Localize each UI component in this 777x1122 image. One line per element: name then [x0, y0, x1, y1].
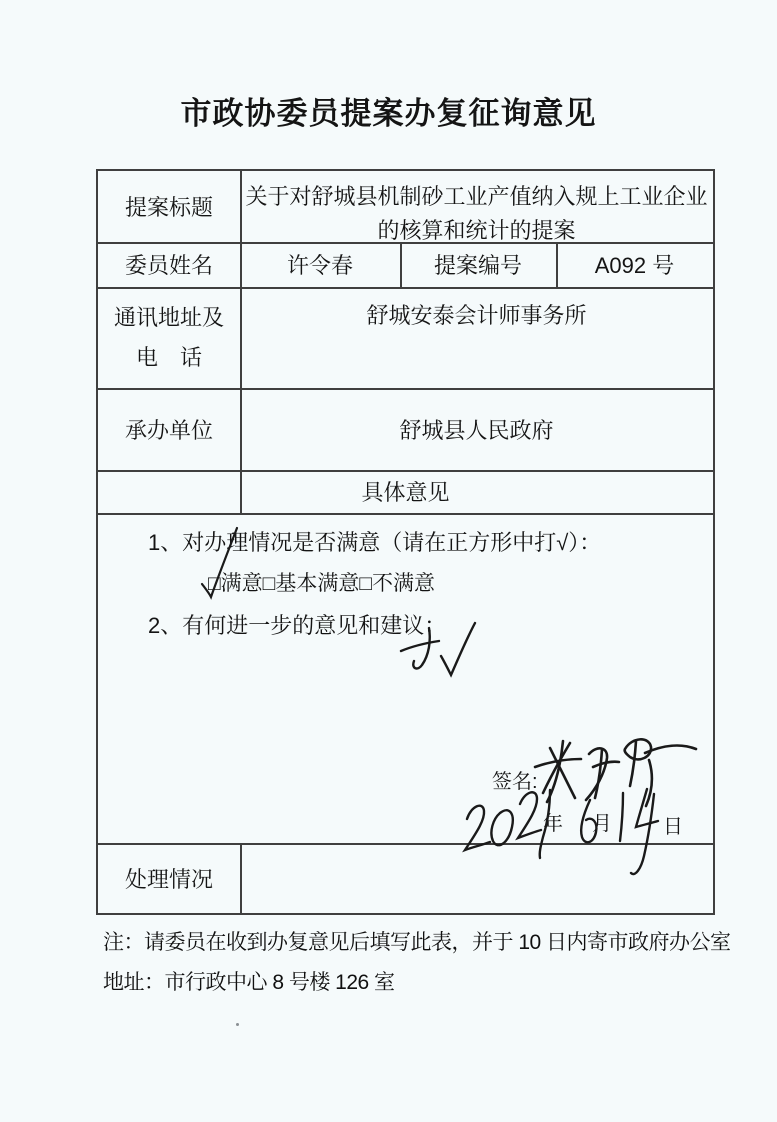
handler-label: 承办单位: [98, 388, 240, 470]
contact-value: 舒城安泰会计师事务所: [240, 287, 713, 388]
contact-label-line1: 通讯地址及: [114, 298, 224, 338]
opinion-item2: 2、有何进一步的意见和建议：: [148, 609, 446, 640]
scan-speck: [236, 1023, 239, 1026]
footer-note-line2: 地址：市行政中心 8 号楼 126 室: [103, 966, 395, 996]
date-month-label: 月: [592, 807, 612, 836]
proposal-number-value: A092 号: [556, 242, 713, 287]
opinion-item1: 1、对办理情况是否满意（请在正方形中打√）：: [148, 526, 601, 557]
date-day-label: 日: [663, 810, 683, 839]
opinion-body: 1、对办理情况是否满意（请在正方形中打√）： □满意□基本满意□不满意 2、有何…: [98, 513, 713, 843]
proposal-number-label: 提案编号: [400, 242, 556, 287]
opinion-header: 具体意见: [98, 470, 713, 513]
status-label: 处理情况: [98, 843, 240, 913]
proposal-title-line1: 关于对舒城县机制砂工业产值纳入规上工业企业: [245, 180, 707, 214]
satisfaction-options[interactable]: □满意□基本满意□不满意: [208, 567, 435, 597]
status-value: [240, 843, 713, 913]
signature-label: 签名:: [492, 765, 538, 794]
page-title: 市政协委员提案办复征询意见: [0, 88, 777, 133]
form-table: 提案标题 关于对舒城县机制砂工业产值纳入规上工业企业 的核算和统计的提案 委员姓…: [96, 169, 715, 915]
date-year-label: 年: [543, 807, 563, 836]
handler-value: 舒城县人民政府: [240, 388, 713, 470]
footer-note-line1: 注：请委员在收到办复意见后填写此表，并于 10 日内寄市政府办公室: [103, 926, 731, 956]
proposal-title-label: 提案标题: [98, 171, 240, 242]
member-name-label: 委员姓名: [98, 242, 240, 287]
scanned-form-page: 市政协委员提案办复征询意见 提案标题 关于对舒城县机制砂工业产值纳入规上工业企业…: [0, 0, 777, 1122]
member-name-value: 许令春: [240, 242, 400, 287]
proposal-title-value: 关于对舒城县机制砂工业产值纳入规上工业企业 的核算和统计的提案: [240, 171, 713, 242]
contact-label: 通讯地址及 电 话: [98, 287, 240, 388]
contact-label-line2: 电 话: [136, 338, 202, 378]
